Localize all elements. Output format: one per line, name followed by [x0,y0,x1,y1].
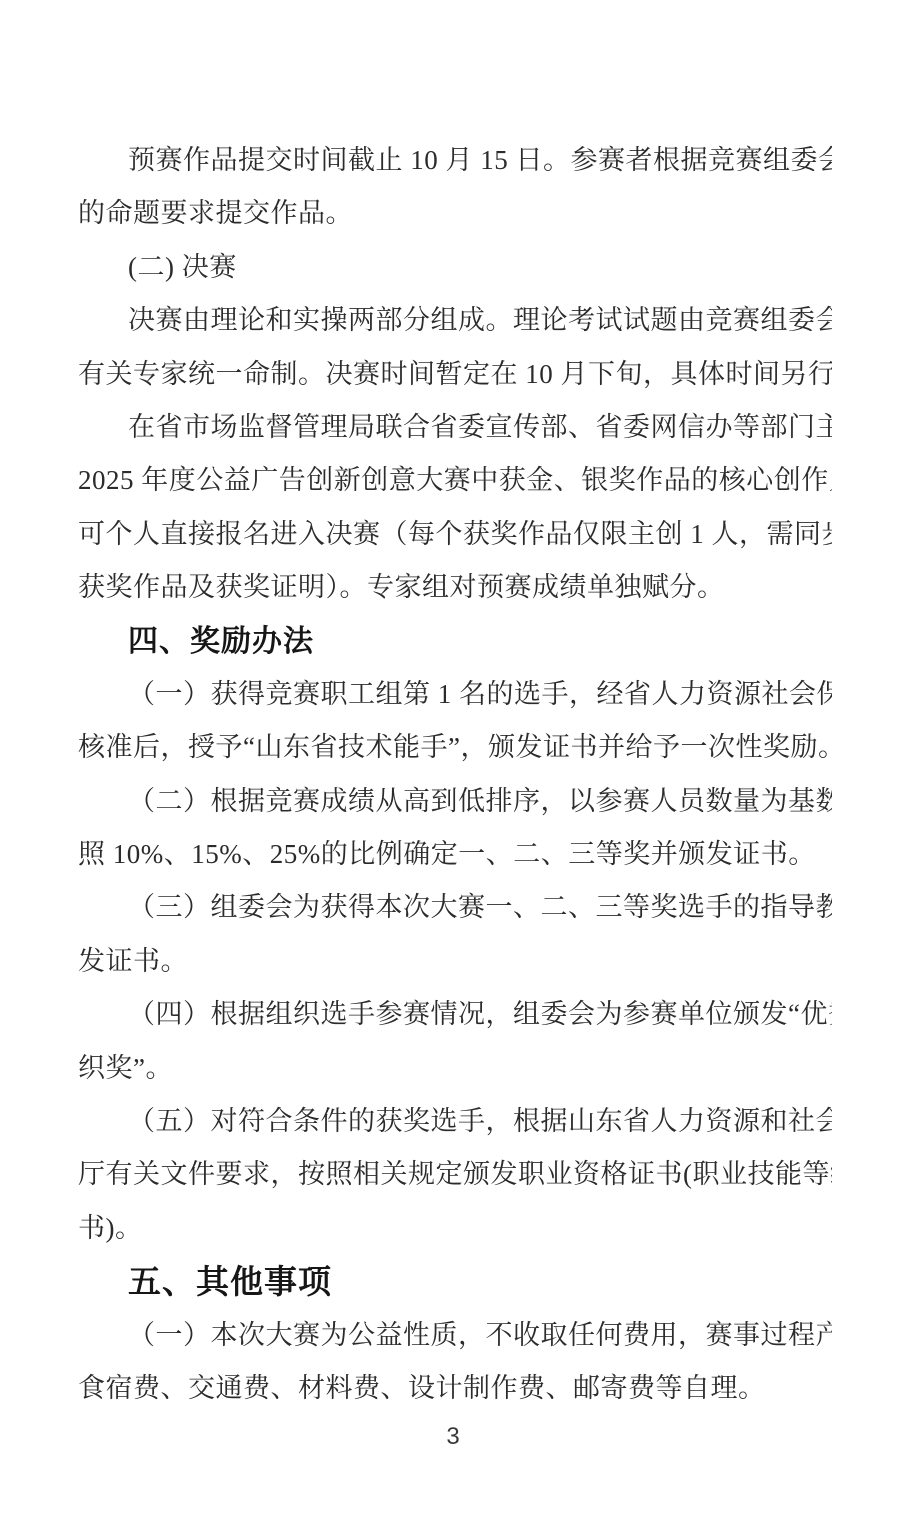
text-line: 照 10%、15%、25%的比例确定一、二、三等奖并颁发证书。 [78,828,832,881]
text-line: 厅有关文件要求，按照相关规定颁发职业资格证书(职业技能等级证 [78,1148,832,1201]
document-page: 预赛作品提交时间截止 10 月 15 日。参赛者根据竞赛组委会提供 的命题要求提… [0,0,906,1527]
text-line: 2025 年度公益广告创新创意大赛中获金、银奖作品的核心创作人员， [78,454,832,507]
section-heading-rewards: 四、奖励办法 [78,615,832,668]
text-line: （四）根据组织选手参赛情况，组委会为参赛单位颁发“优秀组 [78,988,832,1041]
text-line: 预赛作品提交时间截止 10 月 15 日。参赛者根据竞赛组委会提供 [78,134,832,187]
text-line: 获奖作品及获奖证明）。专家组对预赛成绩单独赋分。 [78,561,832,614]
document-body: 预赛作品提交时间截止 10 月 15 日。参赛者根据竞赛组委会提供 的命题要求提… [0,0,906,1415]
text-line: 在省市场监督管理局联合省委宣传部、省委网信办等部门主办的 [78,401,832,454]
text-line: （一）获得竞赛职工组第 1 名的选手，经省人力资源社会保障厅 [78,668,832,721]
text-line: 的命题要求提交作品。 [78,187,832,240]
text-line: 书)。 [78,1202,832,1255]
text-line: 有关专家统一命制。决赛时间暂定在 10 月下旬，具体时间另行通知。 [78,348,832,401]
page-number: 3 [0,1417,906,1457]
text-line: 决赛由理论和实操两部分组成。理论考试试题由竞赛组委会组织 [78,294,832,347]
subsection-heading-final-round: (二) 决赛 [78,241,832,294]
section-heading-other-matters: 五、其他事项 [78,1255,832,1308]
text-line: 核准后，授予“山东省技术能手”，颁发证书并给予一次性奖励。 [78,721,832,774]
text-line: （三）组委会为获得本次大赛一、二、三等奖选手的指导教师颁 [78,881,832,934]
text-line: 织奖”。 [78,1042,832,1095]
text-line: （五）对符合条件的获奖选手，根据山东省人力资源和社会保障 [78,1095,832,1148]
text-line: 可个人直接报名进入决赛（每个获奖作品仅限主创 1 人，需同步提交 [78,508,832,561]
text-line: （一）本次大赛为公益性质，不收取任何费用，赛事过程产生的 [78,1309,832,1362]
text-line: （二）根据竞赛成绩从高到低排序，以参赛人员数量为基数，按 [78,775,832,828]
text-line: 食宿费、交通费、材料费、设计制作费、邮寄费等自理。 [78,1362,832,1415]
text-line: 发证书。 [78,935,832,988]
